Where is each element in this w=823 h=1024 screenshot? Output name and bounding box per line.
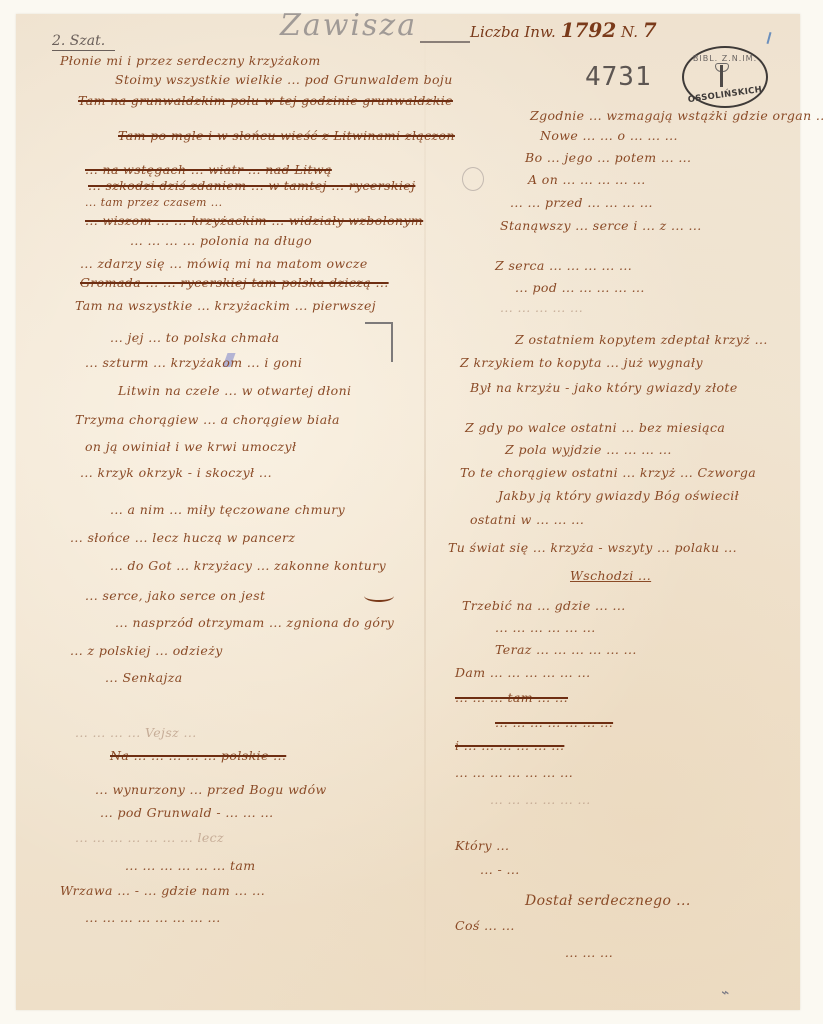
right-line: ... ... ... bbox=[565, 945, 613, 960]
left-line: ... ... ... ... polonia na długo bbox=[130, 233, 312, 248]
left-line-struck: ... szkodzi dziś zdaniem ... w tamtej ..… bbox=[88, 178, 415, 193]
left-line: ... pod Grunwald - ... ... ... bbox=[100, 805, 274, 820]
right-line: Tu świat się ... krzyża - wszyty ... pol… bbox=[448, 540, 737, 555]
right-line: ... ... ... ... ... ... bbox=[495, 620, 596, 635]
right-line: Z gdy po walce ostatni ... bez miesiąca bbox=[465, 420, 725, 435]
left-line: ... z polskiej ... odzieży bbox=[70, 643, 223, 658]
left-line: ... nasprzód otrzymam ... zgniona do gór… bbox=[115, 615, 394, 630]
right-line: ostatni w ... ... ... bbox=[470, 512, 584, 527]
right-line: Był na krzyżu - jako który gwiazdy złote bbox=[470, 380, 738, 395]
right-line: ... ... ... ... ... ... bbox=[490, 792, 591, 807]
right-line: Jakby ją który gwiazdy Bóg oświecił bbox=[498, 488, 739, 503]
stamp-top-text: BIBL. Z.N.IM. bbox=[684, 54, 766, 63]
left-line: Tam na wszystkie ... krzyżackim ... pier… bbox=[75, 298, 376, 313]
pencil-bracket-mark bbox=[365, 322, 393, 362]
left-line: ... ... ... ... Vejsz ... bbox=[75, 725, 197, 740]
right-line: Z pola wyjdzie ... ... ... ... bbox=[505, 442, 672, 457]
right-line: Teraz ... ... ... ... ... ... bbox=[495, 642, 637, 657]
right-line: Z ostatniem kopytem zdeptał krzyż ... bbox=[515, 332, 768, 347]
right-line: ... - ... bbox=[480, 862, 520, 877]
ink-swash bbox=[364, 590, 394, 602]
left-line: ... do Got ... krzyżacy ... zakonne kont… bbox=[110, 558, 386, 573]
right-line: ... ... przed ... ... ... ... bbox=[510, 195, 653, 210]
left-line: ... ... ... ... ... ... ... lecz bbox=[75, 830, 224, 845]
inventory-no: 7 bbox=[643, 18, 657, 42]
pencil-circle-mark bbox=[462, 167, 484, 191]
left-line: ... krzyk okrzyk - i skoczył ... bbox=[80, 465, 272, 480]
library-stamp: BIBL. Z.N.IM. OSSOLIŃSKICH bbox=[682, 46, 768, 108]
left-line: ... wynurzony ... przed Bogu wdów bbox=[95, 782, 327, 797]
left-line: ... tam przez czasem ... bbox=[85, 196, 222, 209]
right-line: ... ... ... ... ... bbox=[500, 300, 583, 315]
right-line: Nowe ... ... o ... ... ... bbox=[540, 128, 678, 143]
right-line: Coś ... ... bbox=[455, 918, 515, 933]
title-underline bbox=[420, 41, 470, 43]
left-line: on ją owiniał i we krwi umoczył bbox=[85, 439, 296, 454]
left-line: ... Senkajza bbox=[105, 670, 183, 685]
right-line: Dam ... ... ... ... ... ... bbox=[455, 665, 591, 680]
left-line: ... szturm ... krzyżakom ... i goni bbox=[85, 355, 302, 370]
right-line: Z krzykiem to kopyta ... już wygnały bbox=[460, 355, 703, 370]
corner-label: 2. Szat. bbox=[52, 33, 115, 51]
inventory-no-label: N. bbox=[621, 23, 638, 41]
left-line: Wrzawa ... - ... gdzie nam ... ... bbox=[60, 883, 265, 898]
manuscript-title: Zawisza bbox=[280, 8, 417, 43]
right-line: Który ... bbox=[455, 838, 509, 853]
left-line-struck: Gromada ... ... rycerskiej tam polska dz… bbox=[80, 275, 389, 290]
inventory-number: Liczba Inw. 1792 N. 7 bbox=[470, 18, 657, 42]
left-line-struck: Tam na grunwaldzkim polu w tej godzinie … bbox=[78, 93, 453, 108]
left-line: ... a nim ... miły tęczowane chmury bbox=[110, 502, 345, 517]
left-line: ... serce, jako serce on jest bbox=[85, 588, 265, 603]
left-line-struck: ... wiszom ... ... krzyżackim ... widzia… bbox=[85, 213, 423, 228]
right-line-struck: i ... ... ... ... ... ... bbox=[455, 738, 564, 753]
inventory-year: 1792 bbox=[561, 18, 617, 42]
right-line: Bo ... jego ... potem ... ... bbox=[525, 150, 691, 165]
left-line: ... słońce ... lecz huczą w pancerz bbox=[70, 530, 295, 545]
page-pencil-mark: ⌁ bbox=[720, 985, 728, 1001]
left-line-struck: Na ... ... ... ... ... polskie ... bbox=[110, 748, 286, 763]
inventory-prefix: Liczba Inw. bbox=[470, 23, 556, 41]
right-line: Dostał serdecznego ... bbox=[525, 893, 691, 909]
right-line: ... ... ... ... ... ... ... bbox=[455, 765, 573, 780]
right-line-struck: ... ... ... ... ... ... ... bbox=[495, 715, 613, 730]
right-line: A on ... ... ... ... ... bbox=[528, 172, 646, 187]
left-line: ... zdarzy się ... mówią mi na matom owc… bbox=[80, 256, 368, 271]
right-line: Stanąwszy ... serce i ... z ... ... bbox=[500, 218, 702, 233]
left-line: ... ... ... ... ... ... tam bbox=[125, 858, 256, 873]
left-line-struck: Tam po mgle i w słońcu wieść z Litwinami… bbox=[118, 128, 455, 143]
page-fold bbox=[424, 14, 426, 1010]
right-line: Zgodnie ... wzmagają wstążki gdzie organ… bbox=[530, 108, 823, 123]
axe-handle-icon bbox=[720, 65, 723, 87]
left-line: Płonie mi i przez serdeczny krzyżakom bbox=[60, 53, 321, 68]
right-line: Trzebić na ... gdzie ... ... bbox=[462, 598, 626, 613]
right-line: To te chorągiew ostatni ... krzyż ... Cz… bbox=[460, 465, 756, 480]
left-line: ... ... ... ... ... ... ... ... bbox=[85, 910, 221, 925]
right-line-struck: ... ... ... tam ... ... bbox=[455, 690, 568, 705]
left-line: Trzyma chorągiew ... a chorągiew biała bbox=[75, 412, 340, 427]
left-line: Litwin na czele ... w otwartej dłoni bbox=[118, 383, 351, 398]
right-line: ... pod ... ... ... ... ... bbox=[515, 280, 645, 295]
left-line: ... jej ... to polska chmała bbox=[110, 330, 279, 345]
catalog-number: 4731 bbox=[585, 62, 652, 92]
left-line-struck: ... na wstęgach ... wiatr ... nad Litwą bbox=[85, 162, 332, 177]
right-line: Z serca ... ... ... ... ... bbox=[495, 258, 632, 273]
left-line: Stoimy wszystkie wielkie ... pod Grunwal… bbox=[115, 72, 453, 87]
right-line-underlined: Wschodzi ... bbox=[570, 568, 651, 583]
